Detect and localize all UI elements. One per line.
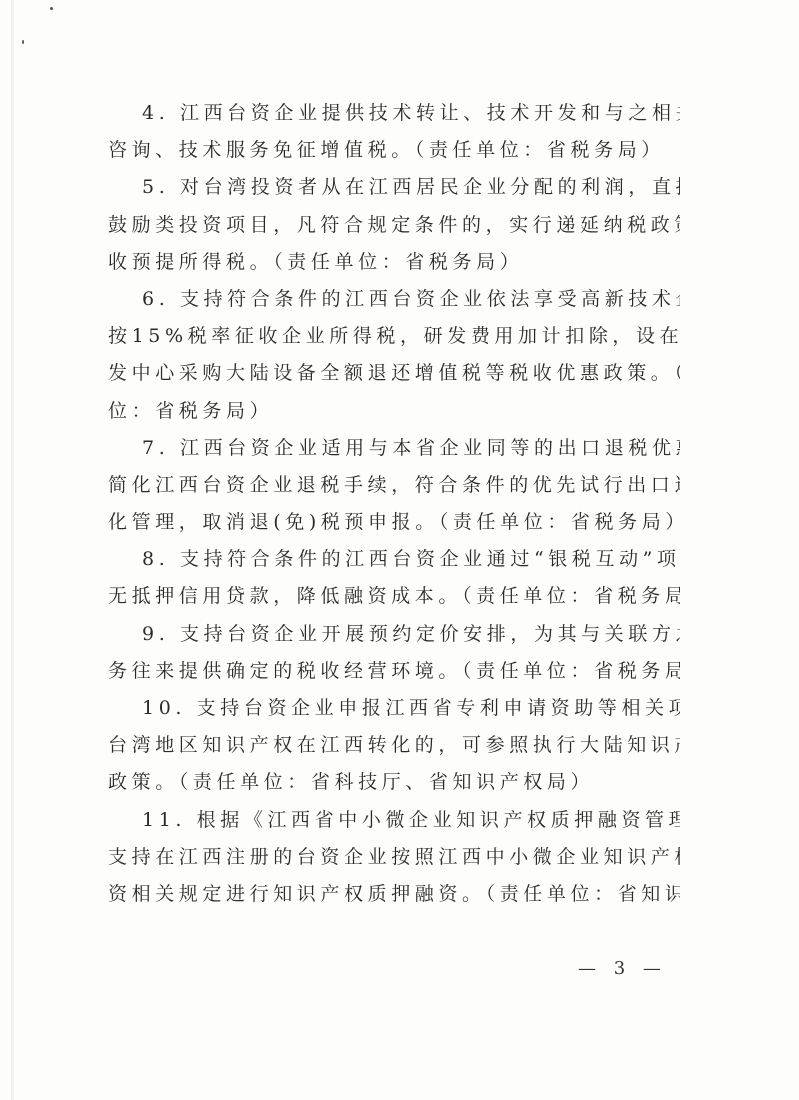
scan-fold-shadow: [11, 0, 14, 1100]
paragraph-item-10-line-1: 10. 支持台资企业申报江西省专利申请资助等相关项目。对: [108, 690, 680, 727]
paragraph-item-11-line-3: 资相关规定进行知识产权质押融资。（责任单位：省知识产权局、: [108, 876, 680, 913]
paragraph-item-6-line-2: 按15%税率征收企业所得税，研发费用加计扣除，设在江西的研: [108, 318, 680, 355]
paragraph-item-8-line-2: 无抵押信用贷款，降低融资成本。（责任单位：省税务局）: [108, 578, 680, 615]
paragraph-item-10-line-3: 政策。（责任单位：省科技厅、省知识产权局）: [108, 764, 680, 801]
paragraph-item-11-line-1: 11. 根据《江西省中小微企业知识产权质押融资管理办法》，: [108, 802, 680, 839]
paragraph-item-9-line-2: 务往来提供确定的税收经营环境。（责任单位：省税务局）: [108, 653, 680, 690]
paragraph-item-6-line-3: 发中心采购大陆设备全额退还增值税等税收优惠政策。（责任单: [108, 355, 680, 392]
paragraph-item-5-line-2: 鼓励类投资项目，凡符合规定条件的，实行递延纳税政策，暂不征: [108, 207, 680, 244]
paragraph-item-5-line-3: 收预提所得税。（责任单位：省税务局）: [108, 244, 680, 281]
paragraph-item-5-line-1: 5. 对台湾投资者从在江西居民企业分配的利润，直接投资于: [108, 169, 680, 206]
paragraph-item-7-line-3: 化管理，取消退(免)税预申报。（责任单位：省税务局）: [108, 504, 680, 541]
paragraph-item-7-line-1: 7. 江西台资企业适用与本省企业同等的出口退税优惠政策，: [108, 430, 680, 467]
paragraph-item-4-line-1: 4. 江西台资企业提供技术转让、技术开发和与之相关的技术: [108, 95, 680, 132]
paragraph-item-7-line-2: 简化江西台资企业退税手续，符合条件的优先试行出口退税无纸: [108, 467, 680, 504]
paragraph-item-8-line-1: 8. 支持符合条件的江西台资企业通过“银税互动”项目获得: [108, 541, 680, 578]
page-number: — 3 —: [578, 958, 667, 979]
paragraph-item-4-line-2: 咨询、技术服务免征增值税。（责任单位：省税务局）: [108, 132, 680, 169]
paragraph-item-6-line-1: 6. 支持符合条件的江西台资企业依法享受高新技术企业减: [108, 281, 680, 318]
document-body: 4. 江西台资企业提供技术转让、技术开发和与之相关的技术 咨询、技术服务免征增值…: [108, 95, 680, 913]
paragraph-item-10-line-2: 台湾地区知识产权在江西转化的，可参照执行大陆知识产权激励: [108, 727, 680, 764]
scan-speck: [50, 7, 53, 10]
paragraph-item-9-line-1: 9. 支持台资企业开展预约定价安排，为其与关联方之间的业: [108, 616, 680, 653]
scan-speck: [22, 40, 24, 44]
paragraph-item-6-line-4: 位：省税务局）: [108, 393, 680, 430]
paragraph-item-11-line-2: 支持在江西注册的台资企业按照江西中小微企业知识产权质押融: [108, 839, 680, 876]
